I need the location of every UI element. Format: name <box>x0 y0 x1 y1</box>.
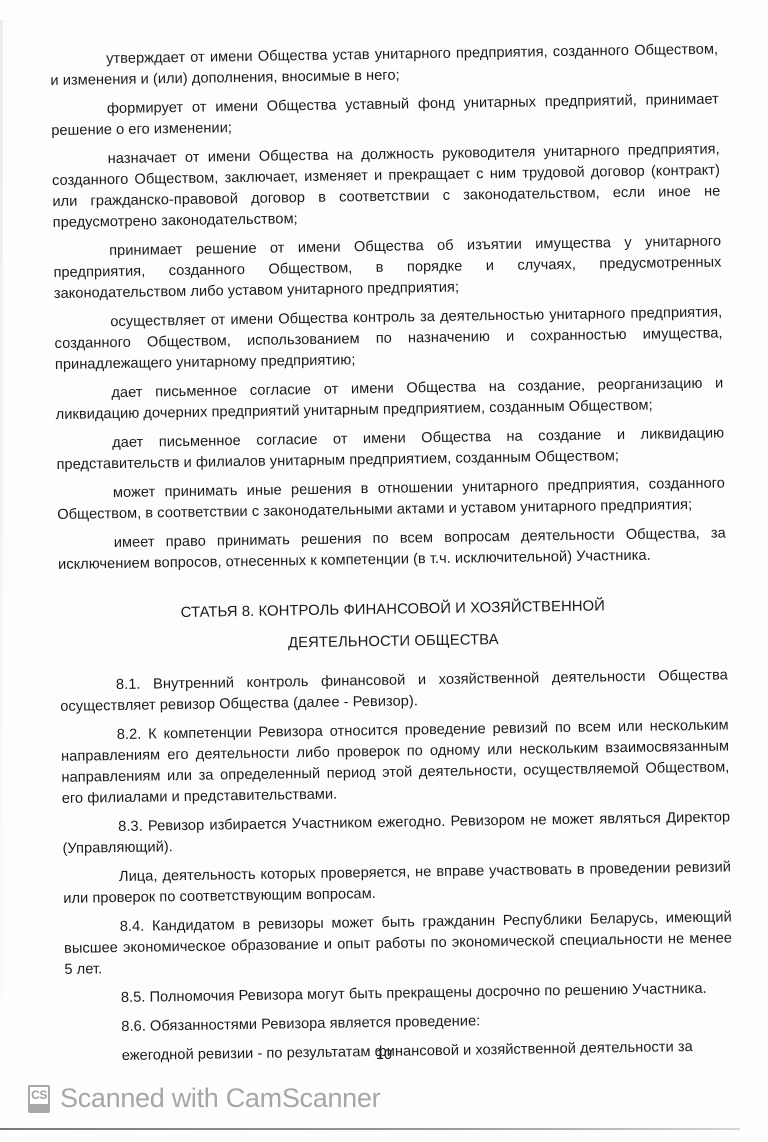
article-heading-line-1: СТАТЬЯ 8. КОНТРОЛЬ ФИНАНСОВОЙ И ХОЗЯЙСТВ… <box>59 593 727 625</box>
paragraph-approve-charter: утверждает от имени Общества устав унита… <box>50 40 719 92</box>
scanned-page: утверждает от имени Общества устав унита… <box>0 0 768 1142</box>
camscanner-logo-bar <box>30 1104 48 1111</box>
paragraph-8-2: 8.2. К компетенции Ревизора относится пр… <box>61 715 730 809</box>
camscanner-logo-text: CS <box>30 1087 48 1104</box>
paragraph-consent-branches: дает письменное согласие от имени Общест… <box>56 423 725 475</box>
paragraph-property-withdrawal: принимает решение от имени Общества об и… <box>53 231 722 304</box>
paragraph-8-3-persons: Лица, деятельность которых проверяется, … <box>63 857 732 909</box>
camscanner-logo-icon: CS <box>28 1085 50 1113</box>
paragraph-8-1: 8.1. Внутренний контроль финансовой и хо… <box>60 665 729 717</box>
article-heading: СТАТЬЯ 8. КОНТРОЛЬ ФИНАНСОВОЙ И ХОЗЯЙСТВ… <box>59 593 728 657</box>
paragraph-8-3: 8.3. Ревизор избирается Участником ежего… <box>62 807 731 859</box>
paragraph-right-to-decide: имеет право принимать решения по всем во… <box>58 523 727 575</box>
paragraph-8-4: 8.4. Кандидатом в ревизоры может быть гр… <box>64 907 733 980</box>
paragraph-8-6: 8.6. Обязанностями Ревизора является про… <box>65 1007 733 1038</box>
camscanner-watermark: CS Scanned with CamScanner <box>28 1083 380 1114</box>
paragraph-other-decisions: может принимать иные решения в отношении… <box>57 473 726 525</box>
paragraph-form-fund: формирует от имени Общества уставный фон… <box>51 90 720 142</box>
paragraph-appoint-head: назначает от имени Общества на должность… <box>52 139 721 233</box>
article-heading-line-2: ДЕЯТЕЛЬНОСТИ ОБЩЕСТВА <box>59 625 727 657</box>
scan-edge-shadow <box>0 20 3 1110</box>
scan-bottom-edge <box>0 1128 740 1130</box>
document-body: утверждает от имени Общества устав унита… <box>50 40 734 1076</box>
paragraph-consent-subsidiaries: дает письменное согласие от имени Общест… <box>55 373 724 425</box>
watermark-text: Scanned with CamScanner <box>60 1083 380 1114</box>
paragraph-8-5: 8.5. Полномочия Ревизора могут быть прек… <box>65 978 733 1009</box>
page-number: 10 <box>0 1047 768 1063</box>
paragraph-control-activity: осуществляет от имени Общества контроль … <box>54 302 723 375</box>
